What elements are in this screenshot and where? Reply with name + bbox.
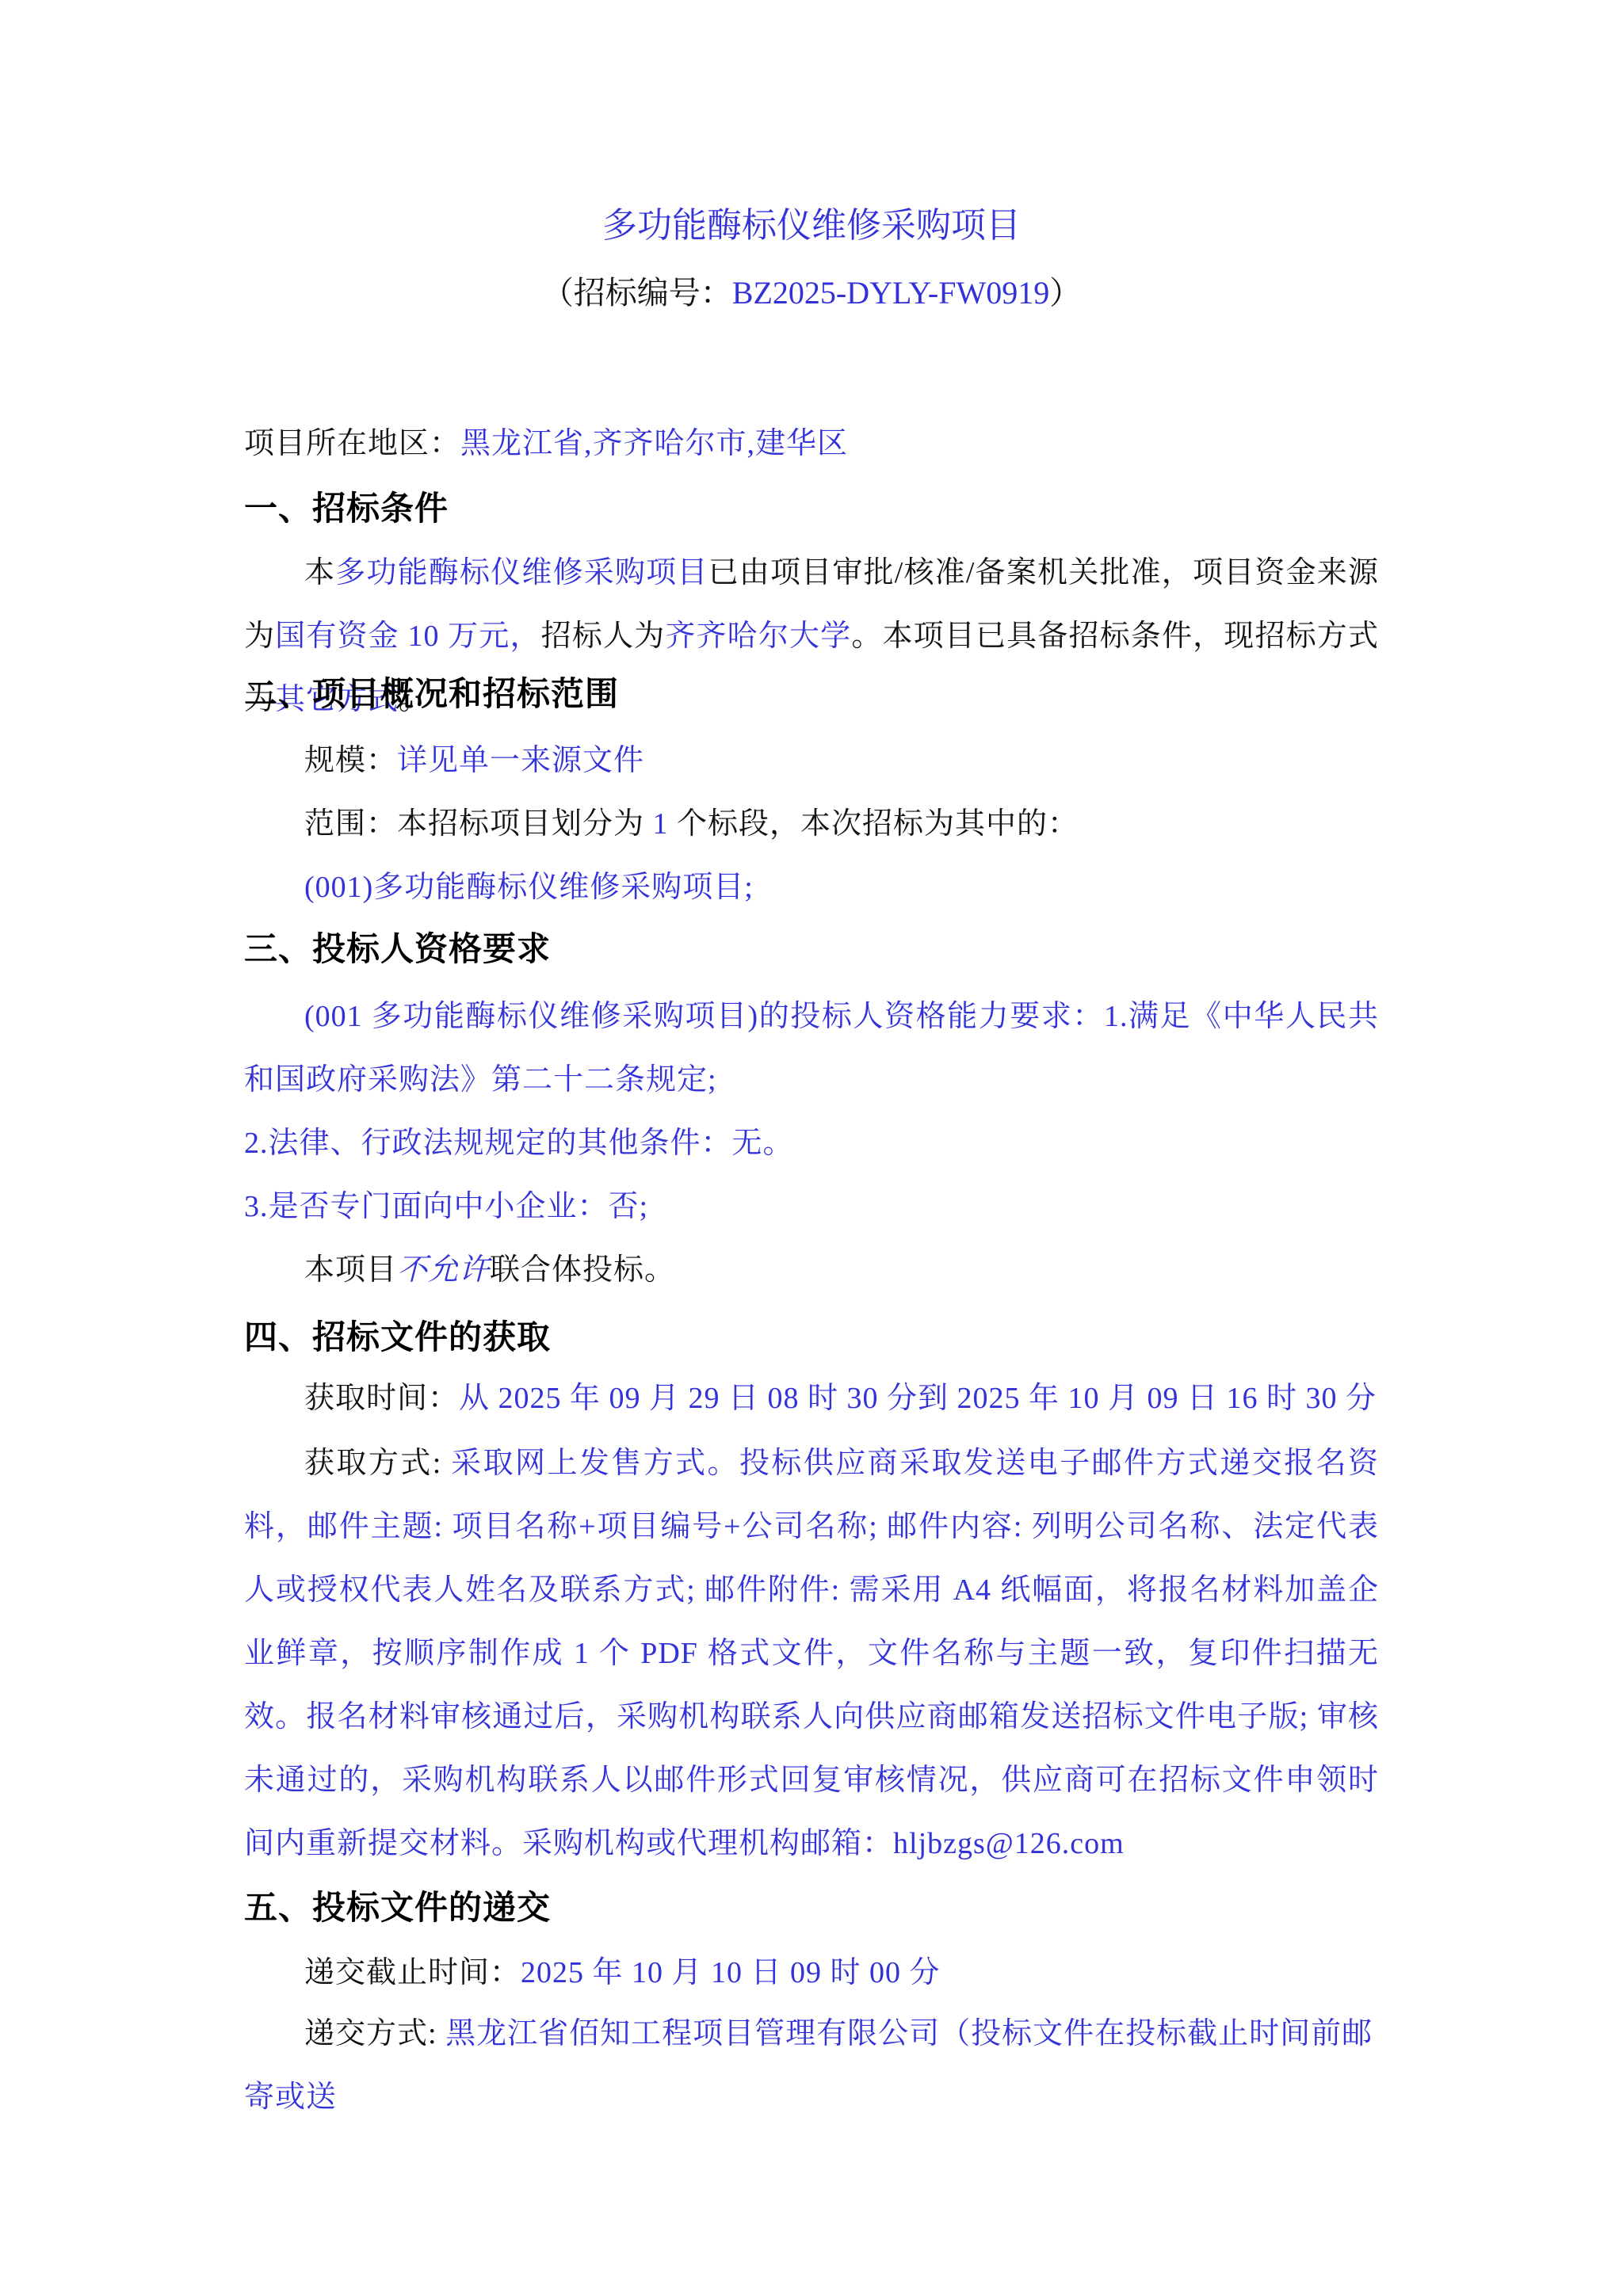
obtain-time-line: 获取时间：从 2025 年 09 月 29 日 08 时 30 分到 2025 … [244,1367,1379,1430]
scale-line: 规模：详见单一来源文件 [244,729,1379,792]
text-run: 本项目 [304,1253,397,1287]
other-conditions: 2.法律、行政法规规定的其他条件：无。 [244,1112,1379,1175]
obtain-time-value: 从 2025 年 09 月 29 日 08 时 30 分到 2025 年 10 … [459,1382,1377,1415]
tenderer-highlight: 齐齐哈尔大学 [665,620,851,653]
obtain-time-label: 获取时间： [304,1382,459,1415]
tender-number: BZ2025-DYLY-FW0919 [732,275,1049,311]
location-line: 项目所在地区：黑龙江省,齐齐哈尔市,建华区 [244,412,1379,475]
submit-deadline-label: 递交截止时间： [304,1956,521,1989]
submit-method-line: 递交方式: 黑龙江省佰知工程项目管理有限公司（投标文件在投标截止时间前邮寄或送 [244,2002,1379,2129]
fund-source-highlight: 国有资金 10 万元， [275,620,540,653]
project-title: 多功能酶标仪维修采购项目 [244,198,1379,254]
section-2-heading: 二、项目概况和招标范围 [244,659,1379,729]
sme-orientation: 3.是否专门面向中小企业：否; [244,1175,1379,1238]
scale-value: 详见单一来源文件 [397,744,644,777]
obtain-method-paragraph: 获取方式: 采取网上发售方式。投标供应商采取发送电子邮件方式递交报名资料，邮件主… [244,1432,1379,1875]
scope-text: 范围：本招标项目划分为 [304,807,653,841]
project-name-highlight: 多功能酶标仪维修采购项目 [335,556,708,589]
tender-number-prefix: （招标编号： [542,275,732,311]
lot-001-line: (001)多功能酶标仪维修采购项目; [244,856,1379,919]
section-4-heading: 四、招标文件的获取 [244,1302,1379,1372]
text-run: 联合体投标。 [490,1253,675,1287]
document-page: { "colors": { "link_blue": "#3232d8", "t… [0,0,1623,2296]
location-label: 项目所在地区： [244,427,460,460]
submit-deadline-value: 2025 年 10 月 10 日 09 时 00 分 [521,1956,941,1989]
scale-label: 规模： [304,744,397,777]
joint-bid-not-allowed: 不允许 [397,1253,490,1287]
qualification-requirements: (001 多功能酶标仪维修采购项目)的投标人资格能力要求：1.满足《中华人民共和… [244,985,1379,1112]
section-3-heading: 三、投标人资格要求 [244,914,1379,984]
tender-number-suffix: ） [1049,275,1081,311]
location-value: 黑龙江省,齐齐哈尔市,建华区 [460,427,848,460]
section-1-heading: 一、招标条件 [244,474,1379,543]
obtain-method-value: 采取网上发售方式。投标供应商采取发送电子邮件方式递交报名资料，邮件主题: 项目名… [244,1447,1379,1860]
section-5-heading: 五、投标文件的递交 [244,1873,1379,1943]
lot-count: 1 [653,807,669,841]
page-content: 多功能酶标仪维修采购项目 （招标编号：BZ2025-DYLY-FW0919） 项… [244,0,1379,2296]
text-run: 本 [304,556,335,589]
submit-method-label: 递交方式: [304,2017,445,2050]
agency-email: hljbzgs@126.com [893,1827,1125,1860]
joint-bid-statement: 本项目不允许联合体投标。 [244,1238,1379,1302]
scope-line: 范围：本招标项目划分为 1 个标段，本次招标为其中的： [244,792,1379,856]
tender-number-line: （招标编号：BZ2025-DYLY-FW0919） [244,265,1379,321]
submit-deadline-line: 递交截止时间：2025 年 10 月 10 日 09 时 00 分 [244,1941,1379,2004]
scope-text-tail: 个标段，本次招标为其中的： [669,807,1079,841]
obtain-method-label: 获取方式: [304,1447,451,1480]
text-run: 招标人为 [541,620,666,653]
